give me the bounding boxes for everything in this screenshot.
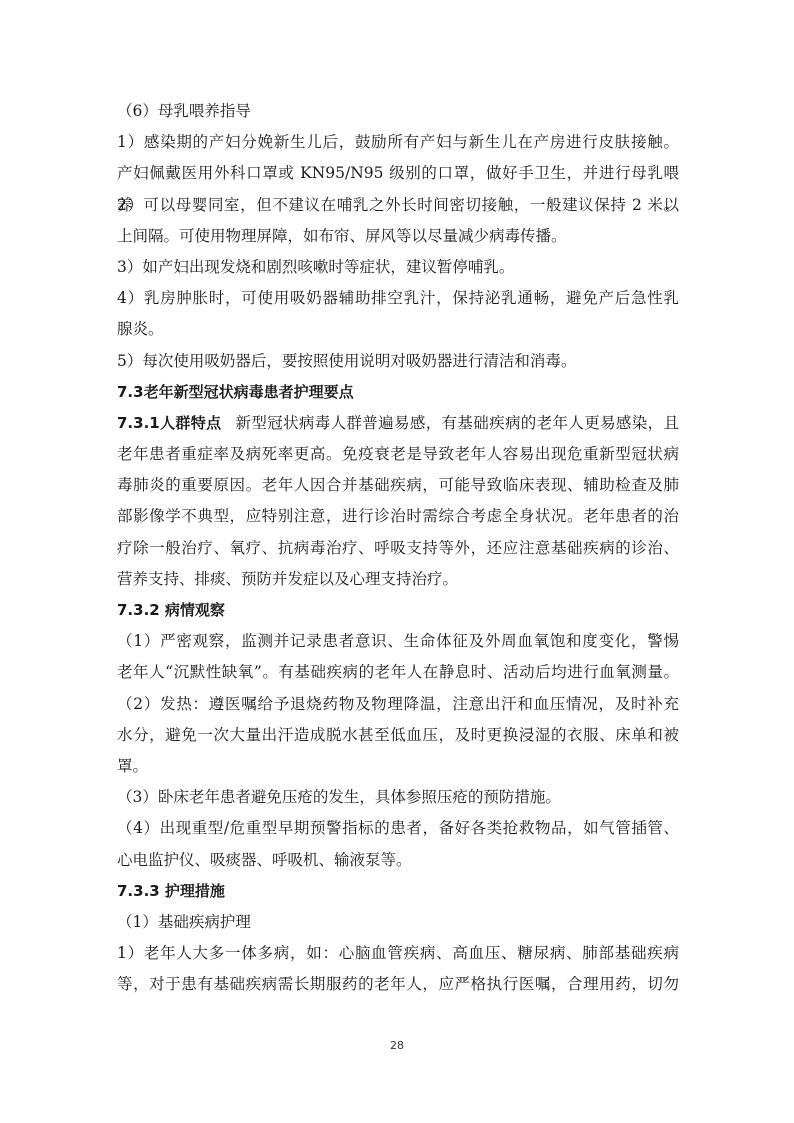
page-number: 28	[0, 1039, 794, 1052]
paragraph-line: 老年患者重症率及病死率更高。免疫衰老是导致老年人容易出现危重新型冠状病	[117, 439, 679, 470]
document-page-body: （6）母乳喂养指导 1）感染期的产妇分娩新生儿后，鼓励所有产妇与新生儿在产房进行…	[117, 96, 679, 1000]
subsection-heading: （6）母乳喂养指导	[117, 96, 679, 127]
paragraph-line: 等，对于患有基础疾病需长期服药的老年人，应严格执行医嘱，合理用药，切勿	[117, 969, 679, 1000]
paragraph-line: 4）乳房肿胀时，可使用吸奶器辅助排空乳汁，保持泌乳通畅，避免产后急性乳	[117, 283, 679, 314]
paragraph-line: 产妇佩戴医用外科口罩或 KN95/N95 级别的口罩，做好手卫生，并进行母乳喂养…	[117, 158, 679, 189]
paragraph-line-with-lead: 7.3.1人群特点新型冠状病毒人群普遍易感，有基础疾病的老年人更易感染，且	[117, 408, 679, 439]
section-heading-7-3: 7.3老年新型冠状病毒患者护理要点	[117, 377, 679, 408]
paragraph-line: 罩。	[117, 751, 679, 782]
paragraph-line: 部影像学不典型，应特别注意，进行诊治时需综合考虑全身状况。老年患者的治	[117, 501, 679, 532]
paragraph-line: 腺炎。	[117, 314, 679, 345]
paragraph-line: 老年人“沉默性缺氧”。有基础疾病的老年人在静息时、活动后均进行血氧测量。	[117, 657, 679, 688]
paragraph-line: 2）可以母婴同室，但不建议在哺乳之外长时间密切接触，一般建议保持 2 米以	[117, 190, 679, 221]
paragraph-line: （1）严密观察，监测并记录患者意识、生命体征及外周血氧饱和度变化，警惕	[117, 626, 679, 657]
paragraph-line: 心电监护仪、吸痰器、呼吸机、输液泵等。	[117, 845, 679, 876]
paragraph-line: （4）出现重型/危重型早期预警指标的患者，备好各类抢救物品，如气管插管、	[117, 813, 679, 844]
paragraph-line: 5）每次使用吸奶器后，要按照使用说明对吸奶器进行清洁和消毒。	[117, 346, 679, 377]
paragraph-line: 水分，避免一次大量出汗造成脱水甚至低血压，及时更换浸湿的衣服、床单和被	[117, 720, 679, 751]
paragraph-line: 1）老年人大多一体多病，如：心脑血管疾病、高血压、糖尿病、肺部基础疾病	[117, 938, 679, 969]
paragraph-line: 3）如产妇出现发烧和剧烈咳嗽时等症状，建议暂停哺乳。	[117, 252, 679, 283]
paragraph-line: （3）卧床老年患者避免压疮的发生，具体参照压疮的预防措施。	[117, 782, 679, 813]
paragraph-line: 营养支持、排痰、预防并发症以及心理支持治疗。	[117, 564, 679, 595]
paragraph-line: （2）发热：遵医嘱给予退烧药物及物理降温，注意出汗和血压情况，及时补充	[117, 689, 679, 720]
section-heading-7-3-1: 7.3.1人群特点	[117, 414, 221, 432]
subsection-heading: （1）基础疾病护理	[117, 907, 679, 938]
paragraph-text: 新型冠状病毒人群普遍易感，有基础疾病的老年人更易感染，且	[235, 414, 679, 432]
paragraph-line: 1）感染期的产妇分娩新生儿后，鼓励所有产妇与新生儿在产房进行皮肤接触。	[117, 127, 679, 158]
section-heading-7-3-2: 7.3.2 病情观察	[117, 595, 679, 626]
paragraph-line: 毒肺炎的重要原因。老年人因合并基础疾病，可能导致临床表现、辅助检查及肺	[117, 470, 679, 501]
section-heading-7-3-3: 7.3.3 护理措施	[117, 876, 679, 907]
paragraph-line: 疗除一般治疗、氧疗、抗病毒治疗、呼吸支持等外，还应注意基础疾病的诊治、	[117, 533, 679, 564]
paragraph-line: 上间隔。可使用物理屏障，如布帘、屏风等以尽量减少病毒传播。	[117, 221, 679, 252]
